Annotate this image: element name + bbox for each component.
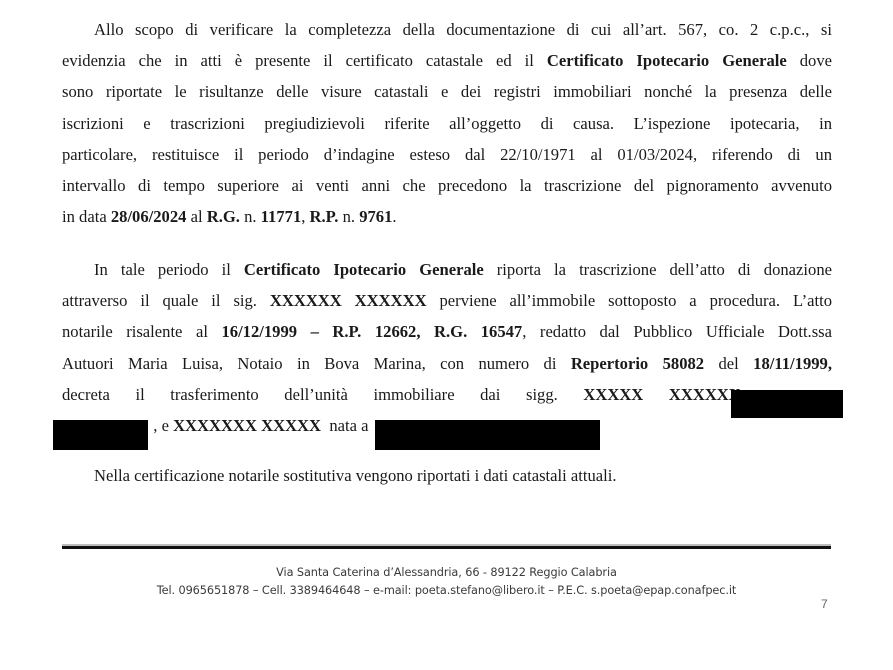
paragraph-notarial-certification: Nella certificazione notarile sostitutiv… xyxy=(62,460,832,491)
bold-text: 9761 xyxy=(359,207,392,226)
redaction-box xyxy=(375,420,600,450)
footer-address: Via Santa Caterina d’Alessandria, 66 - 8… xyxy=(62,566,831,579)
bold-text: XXXXXXX XXXXX xyxy=(173,416,321,435)
bold-text: Certificato Ipotecario Generale xyxy=(244,260,484,279)
text-line: notarile risalente al 16/12/1999 – R.P. … xyxy=(62,316,832,347)
text-line: attraverso il quale il sig. XXXXXX XXXXX… xyxy=(62,285,832,316)
bold-text: 28/06/2024 xyxy=(111,207,187,226)
text-line: Autuori Maria Luisa, Notaio in Bova Mari… xyxy=(62,348,832,379)
footer-contacts: Tel. 0965651878 – Cell. 3389464648 – e-m… xyxy=(62,584,831,597)
text-line: intervallo di tempo superiore ai venti a… xyxy=(62,170,832,201)
bold-text: XXXXXX XXXXXX xyxy=(270,291,427,310)
bold-text: R.G. xyxy=(207,207,240,226)
page-number: 7 xyxy=(821,597,828,611)
bold-text: Certificato Ipotecario Generale xyxy=(547,51,787,70)
bold-text: Repertorio 58082 xyxy=(571,354,704,373)
text-line: Allo scopo di verificare la completezza … xyxy=(62,14,832,45)
text-line: sono riportate le risultanze delle visur… xyxy=(62,76,832,107)
bold-text: 18/11/1999, xyxy=(753,354,832,373)
footer-divider xyxy=(62,546,831,549)
paragraph-documentation-check: Allo scopo di verificare la completezza … xyxy=(62,14,832,232)
text-line: decreta il trasferimento dell’unità immo… xyxy=(62,379,832,410)
text-line: Nella certificazione notarile sostitutiv… xyxy=(62,460,832,491)
document-page: Allo scopo di verificare la completezza … xyxy=(0,0,893,670)
bold-text: XXXXX XXXXXX, xyxy=(583,385,745,404)
text-line: In tale periodo il Certificato Ipotecari… xyxy=(62,254,832,285)
bold-text: 16/12/1999 – R.P. 12662, R.G. 16547 xyxy=(221,322,522,341)
text-line: particolare, restituisce il periodo d’in… xyxy=(62,139,832,170)
bold-text: R.P. xyxy=(310,207,339,226)
redaction-box xyxy=(731,390,843,418)
bold-text: 11771 xyxy=(261,207,302,226)
paragraph-donation-deed: In tale periodo il Certificato Ipotecari… xyxy=(62,254,832,441)
redaction-box xyxy=(53,420,148,450)
text-line: evidenzia che in atti è presente il cert… xyxy=(62,45,832,76)
text-line: iscrizioni e trascrizioni pregiudizievol… xyxy=(62,108,832,139)
text-line: in data 28/06/2024 al R.G. n. 11771, R.P… xyxy=(62,201,832,232)
